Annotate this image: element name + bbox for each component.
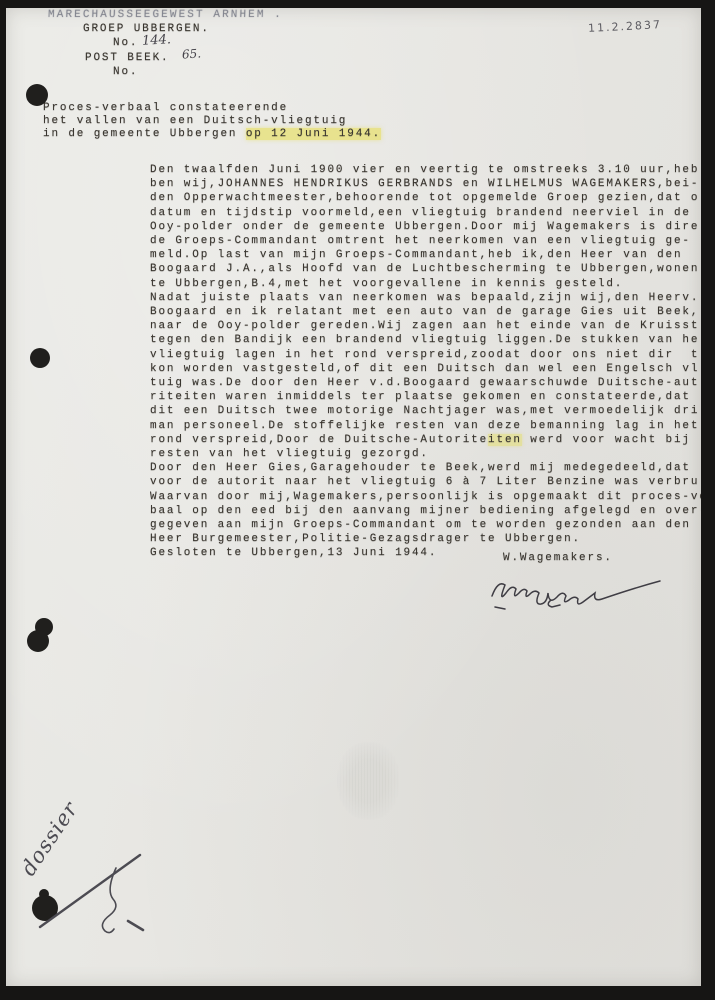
body-line: gegeven aan mijn Groeps-Commandant om te… bbox=[150, 518, 701, 532]
body-line: Den twaalfden Juni 1900 vier en veertig … bbox=[150, 163, 701, 177]
ink-smudge bbox=[337, 742, 399, 820]
date-highlight: op 12 Juni 1944. bbox=[246, 128, 381, 140]
body-line: resten van het vliegtuig gezorgd. bbox=[150, 447, 701, 461]
no-label: No. bbox=[113, 36, 138, 50]
body-line: dit een Duitsch twee motorige Nachtjager… bbox=[150, 404, 701, 418]
body-line: man personeel.De stoffelijke resten van … bbox=[150, 419, 701, 433]
body-line: den Opperwachtmeester,behoorende tot opg… bbox=[150, 191, 701, 205]
body-line: Gesloten te Ubbergen,13 Juni 1944. bbox=[150, 546, 701, 560]
handwritten-post-value: 65. bbox=[182, 46, 202, 61]
body-line: ben wij,JOHANNES HENDRIKUS GERBRANDS en … bbox=[150, 177, 701, 191]
stamp-header: MARECHAUSSEEGEWEST ARNHEM . bbox=[48, 9, 283, 21]
body-line: naar de Ooy-polder gereden.Wij zagen aan… bbox=[150, 319, 701, 333]
body-line: meld.Op last van mijn Groeps-Commandant,… bbox=[150, 248, 701, 262]
body-line: riteiten waren inmiddels ter plaatse gek… bbox=[150, 390, 701, 404]
body-line: Waarvan door mij,Wagemakers,persoonlijk … bbox=[150, 490, 701, 504]
body-line: vliegtuig lagen in het rond verspreid,zo… bbox=[150, 348, 701, 362]
body-line: Boogaard J.A.,als Hoofd van de Luchtbesc… bbox=[150, 262, 701, 276]
body-line: rond verspreid,Door de Duitsche-Autorite… bbox=[150, 433, 701, 447]
no2-label: No. bbox=[113, 65, 138, 79]
body-line: Heer Burgemeester,Politie-Gezagsdrager t… bbox=[150, 532, 701, 546]
body-text: Den twaalfden Juni 1900 vier en veertig … bbox=[150, 163, 701, 573]
body-line: Ooy-polder onder de gemeente Ubbergen.Do… bbox=[150, 220, 701, 234]
body-line: tegen den Bandijk een brandend vliegtuig… bbox=[150, 333, 701, 347]
body-line: kon worden vastgesteld,of dit een Duitsc… bbox=[150, 362, 701, 376]
body-line: datum en tijdstip voormeld,een vliegtuig… bbox=[150, 206, 701, 220]
body-line: voor de autorit naar het vliegtuig 6 à 7… bbox=[150, 475, 701, 489]
handwritten-no-value: 144. bbox=[142, 32, 172, 48]
body-line: Door den Heer Gies,Garagehouder te Beek,… bbox=[150, 461, 701, 475]
scan-page: MARECHAUSSEEGEWEST ARNHEM . GROEP UBBERG… bbox=[0, 0, 715, 1000]
body-line: baal op den eed bij den aanvang mijner b… bbox=[150, 504, 701, 518]
closing-typed-signature: W.Wagemakers. bbox=[503, 551, 613, 565]
post-line: POST BEEK. bbox=[85, 51, 170, 65]
subject-line-3-text: in de gemeente Ubbergen bbox=[43, 128, 246, 140]
body-line: te Ubbergen,B.4,met het voorgevallene in… bbox=[150, 277, 701, 291]
body-line: Nadat juiste plaats van neerkomen was be… bbox=[150, 291, 701, 305]
body-line: de Groeps-Commandant omtrent het neerkom… bbox=[150, 234, 701, 248]
highlight-mark: iten bbox=[488, 434, 522, 446]
body-line: tuig was.De door den Heer v.d.Boogaard g… bbox=[150, 376, 701, 390]
body-line: Boogaard en ik relatant met een auto van… bbox=[150, 305, 701, 319]
subject-line-3: in de gemeente Ubbergen op 12 Juni 1944. bbox=[43, 127, 381, 141]
